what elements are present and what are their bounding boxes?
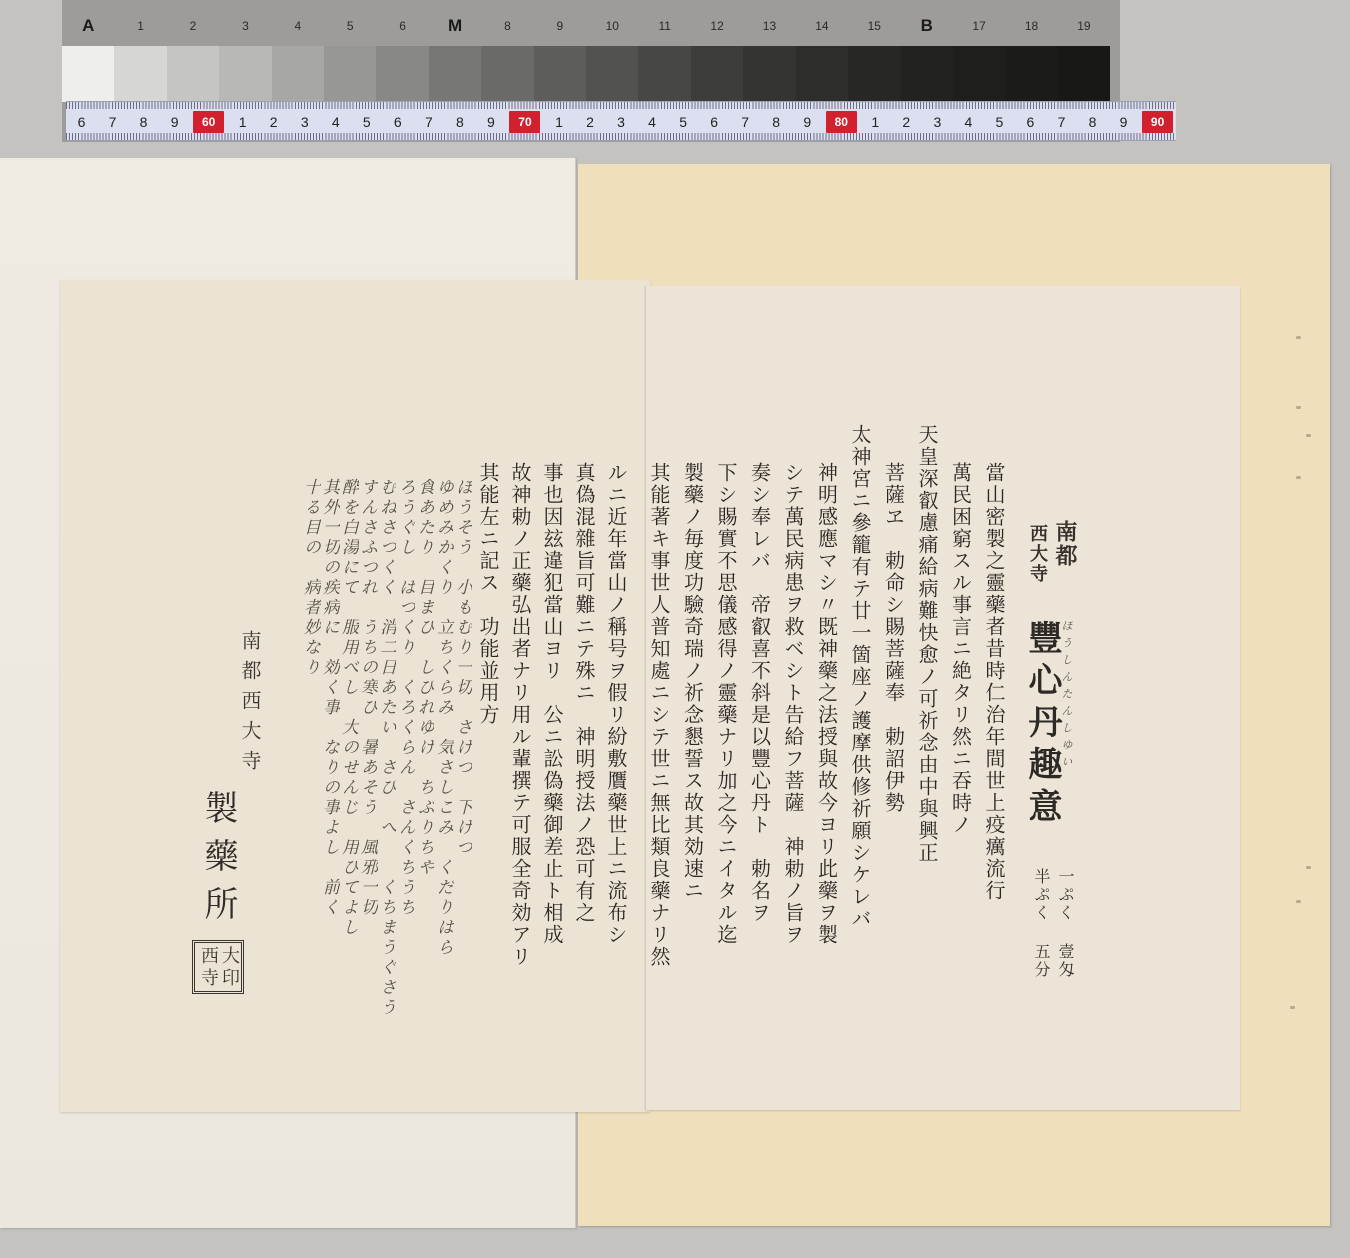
calibration-label: 2 <box>167 14 219 38</box>
body-text-column: 製藥ノ毎度功驗奇瑞ノ祈念懇誓ス故其効速ニ <box>683 462 703 902</box>
body-text-column: 故神勅ノ正藥弘出者ナリ用ル輩撰テ可服全奇効アリ <box>510 462 530 968</box>
gray-patch <box>376 46 428 102</box>
header-location: 南都 <box>1050 520 1081 568</box>
ruler-number: 1 <box>860 111 891 133</box>
ruler-number: 7 <box>97 111 128 133</box>
calibration-label: 9 <box>534 14 586 38</box>
grayscale-patches <box>62 46 1110 102</box>
gray-patch <box>324 46 376 102</box>
color-calibration-target: A123456M89101112131415B171819 6789601234… <box>62 0 1120 142</box>
calibration-label: 8 <box>481 14 533 38</box>
ruler-number: 3 <box>289 111 320 133</box>
ruler-number: 5 <box>984 111 1015 133</box>
gray-patch <box>796 46 848 102</box>
calibration-label: 13 <box>743 14 795 38</box>
ruler-number: 4 <box>953 111 984 133</box>
header-temple: 西大寺 <box>1024 524 1050 584</box>
pin-hole <box>1296 336 1301 339</box>
body-text-column: ルニ近年當山ノ稱号ヲ假リ紛敷贋藥世上ニ流布シ <box>606 462 626 946</box>
calibration-label: B <box>901 14 953 38</box>
signature-place: 南都西大寺 <box>236 630 265 780</box>
ruler-number: 1 <box>227 111 258 133</box>
seal-character: 寺 <box>198 968 217 988</box>
ruler-number: 7 <box>1046 111 1077 133</box>
gray-patch <box>272 46 324 102</box>
body-text-column: 當山密製之靈藥者昔時仁治年間世上疫癘流行 <box>984 462 1004 902</box>
ruler-number: 90 <box>1142 111 1173 133</box>
body-text-column: 神明感應マシ〃既神藥之法授與故今ヨリ此藥ヲ製 <box>817 462 837 946</box>
title-ruby: ほうしんたんしゆい <box>1058 620 1074 773</box>
gray-patch <box>481 46 533 102</box>
ruler-number: 8 <box>1077 111 1108 133</box>
calibration-label: 1 <box>114 14 166 38</box>
ruler-number: 5 <box>351 111 382 133</box>
ruler-numbers: 678960123456789701234567898012345678990 <box>66 111 1176 133</box>
seal-character: 印 <box>219 968 238 988</box>
pin-hole <box>1290 1006 1295 1009</box>
gray-patch <box>62 46 114 102</box>
body-text-column: 真偽混雜旨可難ニテ殊ニ 神明授法ノ恐可有之 <box>574 462 594 924</box>
gray-patch <box>743 46 795 102</box>
ruler-number: 9 <box>1108 111 1139 133</box>
body-text-column: 萬民困窮スル事言ニ絶タリ然ニ吞時ノ <box>951 462 971 836</box>
price-full-dose: 一ぷく 壹匁 <box>1054 868 1077 979</box>
gray-patch <box>586 46 638 102</box>
ruler-number: 5 <box>668 111 699 133</box>
gray-patch <box>534 46 586 102</box>
pin-hole <box>1296 900 1301 903</box>
ruler-number: 8 <box>761 111 792 133</box>
body-text-column: 下シ賜實不思儀感得ノ靈藥ナリ加之今ニイタル迄 <box>716 462 736 946</box>
body-text-column: 菩薩ヱ 勅命シ賜菩薩奉 勅詔伊勢 <box>884 462 904 814</box>
calibration-label: 10 <box>586 14 638 38</box>
gray-patch <box>848 46 900 102</box>
body-text-column: シテ萬民病患ヲ救ベシト告給フ菩薩 神勅ノ旨ヲ <box>783 462 803 946</box>
body-text-column: 天皇深叡慮痛給病難快愈ノ可祈念由中與興正 <box>917 424 937 864</box>
pin-hole <box>1296 476 1301 479</box>
calibration-label: 17 <box>953 14 1005 38</box>
calibration-label: 11 <box>638 14 690 38</box>
calibration-label: 15 <box>848 14 900 38</box>
ruler-number: 9 <box>475 111 506 133</box>
calibration-label: 18 <box>1005 14 1057 38</box>
ruler-number: 6 <box>1015 111 1046 133</box>
usage-text-column: 十る目の 病者妙なり <box>298 478 323 678</box>
ruler-number: 8 <box>128 111 159 133</box>
seal-character: 西 <box>198 946 217 966</box>
ruler-number: 9 <box>792 111 823 133</box>
calibration-patch-labels: A123456M89101112131415B171819 <box>62 14 1110 38</box>
ruler-number: 1 <box>543 111 574 133</box>
calibration-label: 3 <box>219 14 271 38</box>
ruler-number: 7 <box>730 111 761 133</box>
ruler-number: 7 <box>413 111 444 133</box>
ruler-number: 3 <box>606 111 637 133</box>
seal-character: 大 <box>219 946 238 966</box>
calibration-label: 4 <box>272 14 324 38</box>
ruler-number: 3 <box>922 111 953 133</box>
ruler-number: 6 <box>699 111 730 133</box>
ruler-number: 70 <box>509 111 540 133</box>
ruler-number: 4 <box>320 111 351 133</box>
red-seal-stamp: 西大寺印 <box>192 940 244 994</box>
gray-patch <box>114 46 166 102</box>
body-text-column: 太神宮ニ參籠有テ廿一箇座ノ護摩供修祈願シケレバ <box>850 424 870 930</box>
ruler-number: 2 <box>575 111 606 133</box>
ruler-number: 8 <box>444 111 475 133</box>
calibration-label: 19 <box>1058 14 1110 38</box>
ruler-number: 4 <box>637 111 668 133</box>
measuring-ruler: 678960123456789701234567898012345678990 <box>66 101 1176 141</box>
ruler-number: 2 <box>891 111 922 133</box>
body-text-column: 其能著キ事世人普知處ニシテ世ニ無比類良藥ナリ然 <box>649 462 669 968</box>
ruler-number: 80 <box>826 111 857 133</box>
gray-patch <box>953 46 1005 102</box>
ruler-number: 6 <box>382 111 413 133</box>
gray-patch <box>691 46 743 102</box>
pin-hole <box>1306 434 1311 437</box>
gray-patch <box>429 46 481 102</box>
pin-hole <box>1306 866 1311 869</box>
gray-patch <box>167 46 219 102</box>
gray-patch <box>638 46 690 102</box>
price-half-dose: 半ぷく 五分 <box>1030 868 1053 979</box>
calibration-label: 6 <box>376 14 428 38</box>
ruler-number: 9 <box>159 111 190 133</box>
pin-hole <box>1296 406 1301 409</box>
gray-patch <box>1005 46 1057 102</box>
ruler-number: 2 <box>258 111 289 133</box>
calibration-label: M <box>429 14 481 38</box>
calibration-label: 12 <box>691 14 743 38</box>
gray-patch <box>219 46 271 102</box>
body-text-column: 奏シ奉レバ 帝叡喜不斜是以豐心丹ト 勅名ヲ <box>750 462 770 924</box>
gray-patch <box>901 46 953 102</box>
calibration-label: 14 <box>796 14 848 38</box>
calibration-label: 5 <box>324 14 376 38</box>
gray-patch <box>1058 46 1110 102</box>
body-text-column: 事也因玆違犯當山ヨリ 公ニ訟偽藥御差止ト相成 <box>542 462 562 946</box>
signature-name: 製藥所 <box>194 790 243 934</box>
calibration-label: A <box>62 14 114 38</box>
ruler-number: 60 <box>193 111 224 133</box>
body-text-column: 其能左ニ記ス 功能並用方 <box>478 462 498 726</box>
ruler-number: 6 <box>66 111 97 133</box>
